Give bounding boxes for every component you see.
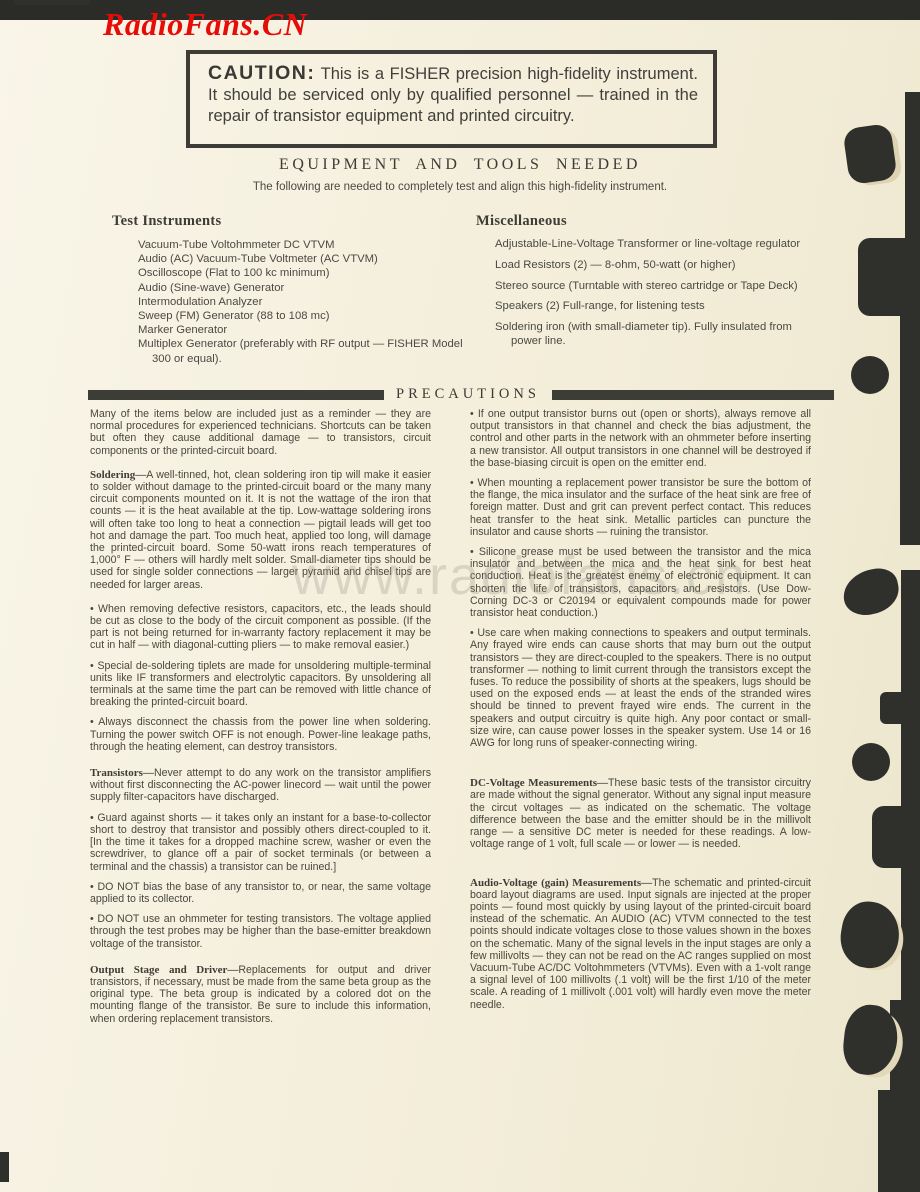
list-item: Audio (Sine-wave) Generator bbox=[138, 281, 464, 295]
punch-hole bbox=[851, 356, 889, 394]
paragraph-text: • When mounting a replacement power tran… bbox=[470, 477, 811, 538]
precaution-paragraph: • Always disconnect the chassis from the… bbox=[90, 716, 431, 753]
scanned-service-manual-page: RadioFans.CN CAUTION: This is a FISHER p… bbox=[0, 0, 920, 1192]
divider-bar-left bbox=[88, 390, 384, 400]
test-instruments-column: Test Instruments Vacuum-Tube Voltohmmete… bbox=[112, 213, 464, 366]
precautions-header: PRECAUTIONS bbox=[88, 386, 834, 403]
precautions-title: PRECAUTIONS bbox=[384, 386, 552, 403]
paragraph-text: The schematic and printed-circuit board … bbox=[470, 877, 811, 1011]
list-item: Marker Generator bbox=[138, 323, 464, 337]
paragraph-text: • DO NOT use an ohmmeter for testing tra… bbox=[90, 913, 431, 949]
precaution-paragraph: • If one output transistor burns out (op… bbox=[470, 408, 811, 469]
list-item: Multiplex Generator (preferably with RF … bbox=[138, 337, 464, 365]
paragraph-lead: Soldering— bbox=[90, 469, 146, 481]
precaution-paragraph: • When removing defective resistors, cap… bbox=[90, 603, 431, 652]
paragraph-lead: Output Stage and Driver— bbox=[90, 964, 238, 976]
scan-top-edge-mark bbox=[14, 0, 90, 5]
paragraph-text: • DO NOT bias the base of any transistor… bbox=[90, 881, 431, 905]
paragraph-lead: Audio-Voltage (gain) Measurements— bbox=[470, 877, 652, 889]
scan-edge-strip bbox=[905, 92, 920, 252]
list-item: Speakers (2) Full-range, for listening t… bbox=[495, 300, 824, 314]
precaution-paragraph: • When mounting a replacement power tran… bbox=[470, 477, 811, 538]
punch-hole bbox=[839, 565, 903, 620]
faint-center-watermark: www.radiofans.cn bbox=[292, 545, 747, 607]
paragraph-lead: DC-Voltage Measurements— bbox=[470, 777, 608, 789]
paragraph-text: • Always disconnect the chassis from the… bbox=[90, 716, 431, 752]
punch-hole bbox=[836, 897, 905, 972]
paragraph-lead: Transistors— bbox=[90, 767, 154, 779]
caution-box: CAUTION: This is a FISHER precision high… bbox=[186, 50, 717, 148]
miscellaneous-heading: Miscellaneous bbox=[476, 213, 824, 230]
precaution-paragraph: DC-Voltage Measurements—These basic test… bbox=[470, 777, 811, 850]
precaution-paragraph: • Use care when making connections to sp… bbox=[470, 627, 811, 749]
caution-label: CAUTION: bbox=[208, 62, 315, 84]
divider-bar-right bbox=[552, 390, 834, 400]
scan-edge-strip bbox=[900, 250, 920, 545]
list-item: Sweep (FM) Generator (88 to 108 mc) bbox=[138, 309, 464, 323]
scan-edge-strip bbox=[878, 1090, 920, 1192]
paragraph-text: • Special de-soldering tiplets are made … bbox=[90, 660, 431, 709]
paragraph-text: Many of the items below are included jus… bbox=[90, 408, 431, 457]
scan-edge-strip bbox=[901, 570, 920, 1000]
precaution-paragraph: • Special de-soldering tiplets are made … bbox=[90, 660, 431, 709]
precaution-paragraph: Audio-Voltage (gain) Measurements—The sc… bbox=[470, 877, 811, 1011]
equipment-section-title: EQUIPMENT AND TOOLS NEEDED bbox=[0, 156, 920, 174]
precautions-right-column: • If one output transistor burns out (op… bbox=[470, 408, 811, 1021]
list-item: Vacuum-Tube Voltohmmeter DC VTVM bbox=[138, 238, 464, 252]
binder-tab bbox=[872, 806, 920, 868]
precaution-paragraph: • DO NOT bias the base of any transistor… bbox=[90, 881, 431, 905]
paragraph-text: • If one output transistor burns out (op… bbox=[470, 408, 811, 469]
precaution-paragraph: • DO NOT use an ohmmeter for testing tra… bbox=[90, 913, 431, 950]
precaution-paragraph: Output Stage and Driver—Replacements for… bbox=[90, 964, 431, 1025]
list-item: Intermodulation Analyzer bbox=[138, 295, 464, 309]
binder-tab bbox=[880, 692, 920, 724]
miscellaneous-list: Adjustable-Line-Voltage Transformer or l… bbox=[476, 238, 824, 349]
list-item: Soldering iron (with small-diameter tip)… bbox=[495, 321, 824, 349]
list-item: Oscilloscope (Flat to 100 kc minimum) bbox=[138, 266, 464, 280]
miscellaneous-column: Miscellaneous Adjustable-Line-Voltage Tr… bbox=[476, 213, 824, 356]
list-item: Audio (AC) Vacuum-Tube Voltmeter (AC VTV… bbox=[138, 252, 464, 266]
precaution-paragraph: Transistors—Never attempt to do any work… bbox=[90, 767, 431, 804]
scan-corner-mark bbox=[0, 1152, 9, 1182]
paragraph-text: • Guard against shorts — it takes only a… bbox=[90, 812, 431, 873]
radiofans-brand-watermark: RadioFans.CN bbox=[103, 6, 307, 43]
test-instruments-heading: Test Instruments bbox=[112, 213, 464, 230]
precaution-paragraph: • Guard against shorts — it takes only a… bbox=[90, 812, 431, 873]
equipment-section-subtitle: The following are needed to completely t… bbox=[0, 181, 920, 193]
paragraph-text: • When removing defective resistors, cap… bbox=[90, 603, 431, 652]
precaution-paragraph: Many of the items below are included jus… bbox=[90, 408, 431, 457]
list-item: Adjustable-Line-Voltage Transformer or l… bbox=[495, 238, 824, 252]
caution-text: CAUTION: This is a FISHER precision high… bbox=[208, 63, 698, 127]
punch-hole bbox=[842, 123, 897, 185]
precautions-left-column: Many of the items below are included jus… bbox=[90, 408, 431, 1035]
test-instruments-list: Vacuum-Tube Voltohmmeter DC VTVM Audio (… bbox=[112, 238, 464, 366]
list-item: Stereo source (Turntable with stereo car… bbox=[495, 280, 824, 294]
paragraph-text: • Use care when making connections to sp… bbox=[470, 627, 811, 749]
punch-hole bbox=[852, 743, 890, 781]
list-item: Load Resistors (2) — 8-ohm, 50-watt (or … bbox=[495, 259, 824, 273]
